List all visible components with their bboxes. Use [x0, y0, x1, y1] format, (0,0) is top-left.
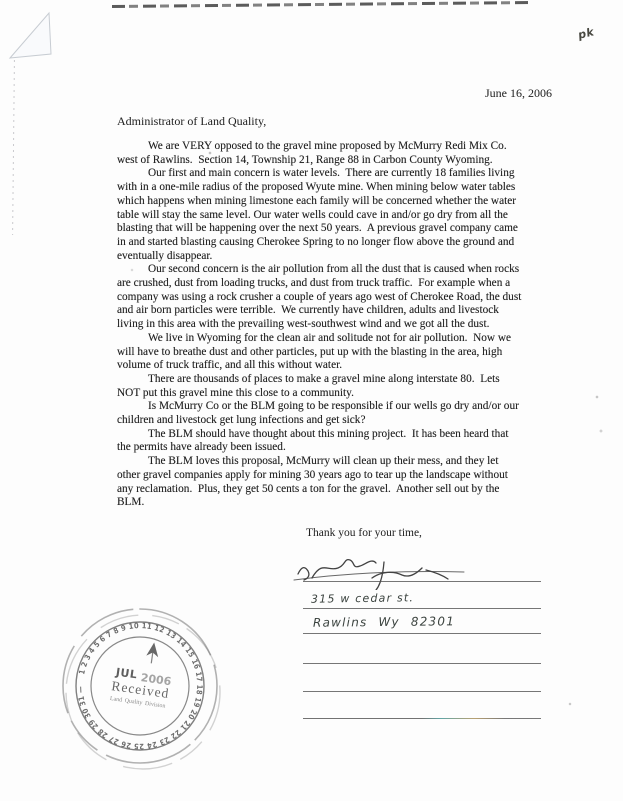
letter-paragraph: The BLM loves this proposal, McMurry wil…: [117, 455, 587, 510]
letter-date: June 16, 2006: [485, 86, 552, 101]
blank-line: [303, 718, 541, 719]
letter-paragraph: We are VERY opposed to the gravel mine p…: [117, 140, 587, 167]
letter-paragraph: Is McMurry Co or the BLM going to be res…: [117, 400, 587, 427]
fold-crease-line: [12, 60, 15, 235]
stamp-arrow-icon: [145, 642, 160, 664]
scan-edge-artifact: [112, 1, 532, 8]
handwritten-city-state-zip: Rawlins Wy 82301: [313, 614, 455, 629]
signature-scribble: [288, 548, 548, 590]
letter-paragraph: The BLM should have thought about this m…: [117, 428, 587, 455]
letter-salutation: Administrator of Land Quality,: [117, 114, 266, 129]
page-fold-corner: [0, 0, 80, 80]
letter-paragraph: We live in Wyoming for the clean air and…: [117, 332, 587, 373]
signature-line: [303, 581, 541, 582]
city-line: [303, 633, 541, 634]
received-stamp: 1 2 3 4 5 6 7 8 9 10 11 12 13 14 15 16 1…: [55, 601, 225, 771]
blank-line: [303, 691, 541, 692]
letter-closing: Thank you for your time,: [306, 527, 422, 539]
handwritten-corner-initials: pk: [577, 25, 596, 42]
letter-body: We are VERY opposed to the gravel mine p…: [117, 140, 587, 510]
letter-paragraph: There are thousands of places to make a …: [117, 373, 587, 400]
letter-paragraph: Our second concern is the air pollution …: [117, 263, 587, 332]
address-line: [303, 608, 541, 609]
handwritten-street-address: 315 w cedar st.: [311, 591, 414, 605]
letter-paragraph: Our first and main concern is water leve…: [117, 167, 587, 263]
blank-line: [303, 663, 541, 664]
scanned-letter-page: pk June 16, 2006 Administrator of Land Q…: [0, 0, 623, 801]
